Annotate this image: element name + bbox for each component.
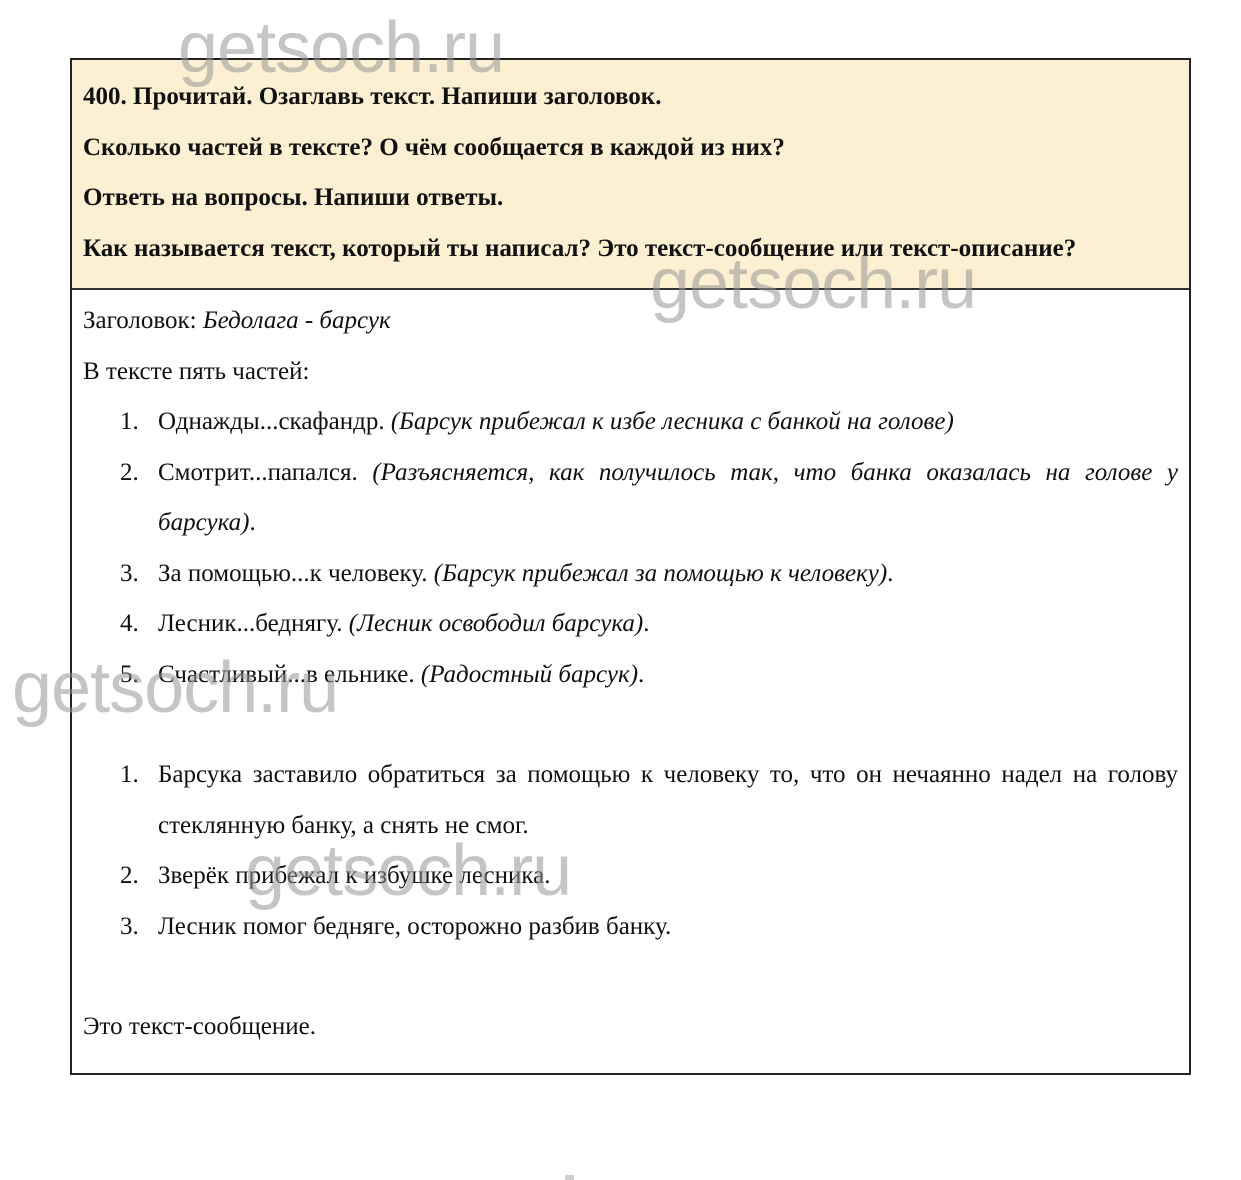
task-line: Сколько частей в тексте? О чём сообщаетс… <box>83 123 1178 174</box>
answer-text: Барсука заставило обратиться за помощью … <box>158 761 1178 839</box>
list-item: 3.Лесник помог бедняге, осторожно разбив… <box>83 902 1178 953</box>
parts-list: 1.Однажды...скафандр. (Барсук прибежал к… <box>83 397 1178 700</box>
part-text: Смотрит...папался. <box>158 459 372 486</box>
part-note: (Радостный барсук) <box>421 661 638 688</box>
exercise-card: 400. Прочитай. Озаглавь текст. Напиши за… <box>70 58 1191 1075</box>
list-number: 2. <box>120 851 139 902</box>
list-item: 4.Лесник...беднягу. (Лесник освободил ба… <box>83 599 1178 650</box>
answer-block: Заголовок: Бедолага - барсук В тексте пя… <box>72 290 1189 1073</box>
task-line: 400. Прочитай. Озаглавь текст. Напиши за… <box>83 72 1178 123</box>
list-number: 1. <box>120 397 139 448</box>
part-text: За помощью...к человеку. <box>158 560 434 587</box>
list-item: 1.Барсука заставило обратиться за помощь… <box>83 750 1178 851</box>
list-item: 2.Зверёк прибежал к избушке лесника. <box>83 851 1178 902</box>
list-item: 5.Счастливый...в ельнике. (Радостный бар… <box>83 650 1178 701</box>
punct: . <box>887 560 893 587</box>
task-block: 400. Прочитай. Озаглавь текст. Напиши за… <box>72 60 1189 290</box>
list-item: 1.Однажды...скафандр. (Барсук прибежал к… <box>83 397 1178 448</box>
decorative-dot <box>565 1175 574 1180</box>
list-number: 4. <box>120 599 139 650</box>
list-number: 3. <box>120 902 139 953</box>
punct: . <box>638 661 644 688</box>
part-text: Однажды...скафандр. <box>158 408 391 435</box>
list-item: 3.За помощью...к человеку. (Барсук прибе… <box>83 549 1178 600</box>
part-note: (Барсук прибежал за помощью к человеку) <box>434 560 887 587</box>
title-value: Бедолага - барсук <box>203 307 391 334</box>
task-line: Как называется текст, который ты написал… <box>83 224 1178 275</box>
title-label: Заголовок: <box>83 307 203 334</box>
part-note: (Барсук прибежал к избе лесника с банкой… <box>391 408 954 435</box>
answer-text: Зверёк прибежал к избушке лесника. <box>158 862 551 889</box>
list-number: 3. <box>120 549 139 600</box>
answers-list: 1.Барсука заставило обратиться за помощь… <box>83 750 1178 952</box>
list-number: 1. <box>120 750 139 801</box>
answer-text: Лесник помог бедняге, осторожно разбив б… <box>158 913 671 940</box>
punct: . <box>250 509 256 536</box>
spacer <box>83 952 1178 1002</box>
list-item: 2.Смотрит...папался. (Разъясняется, как … <box>83 448 1178 549</box>
conclusion: Это текст-сообщение. <box>83 1002 1178 1053</box>
list-number: 5. <box>120 650 139 701</box>
list-number: 2. <box>120 448 139 499</box>
part-text: Счастливый...в ельнике. <box>158 661 421 688</box>
spacer <box>83 700 1178 750</box>
part-note: (Лесник освободил барсука) <box>349 610 643 637</box>
part-text: Лесник...беднягу. <box>158 610 349 637</box>
title-line: Заголовок: Бедолага - барсук <box>83 296 1178 347</box>
parts-intro: В тексте пять частей: <box>83 347 1178 398</box>
task-line: Ответь на вопросы. Напиши ответы. <box>83 173 1178 224</box>
punct: . <box>643 610 649 637</box>
